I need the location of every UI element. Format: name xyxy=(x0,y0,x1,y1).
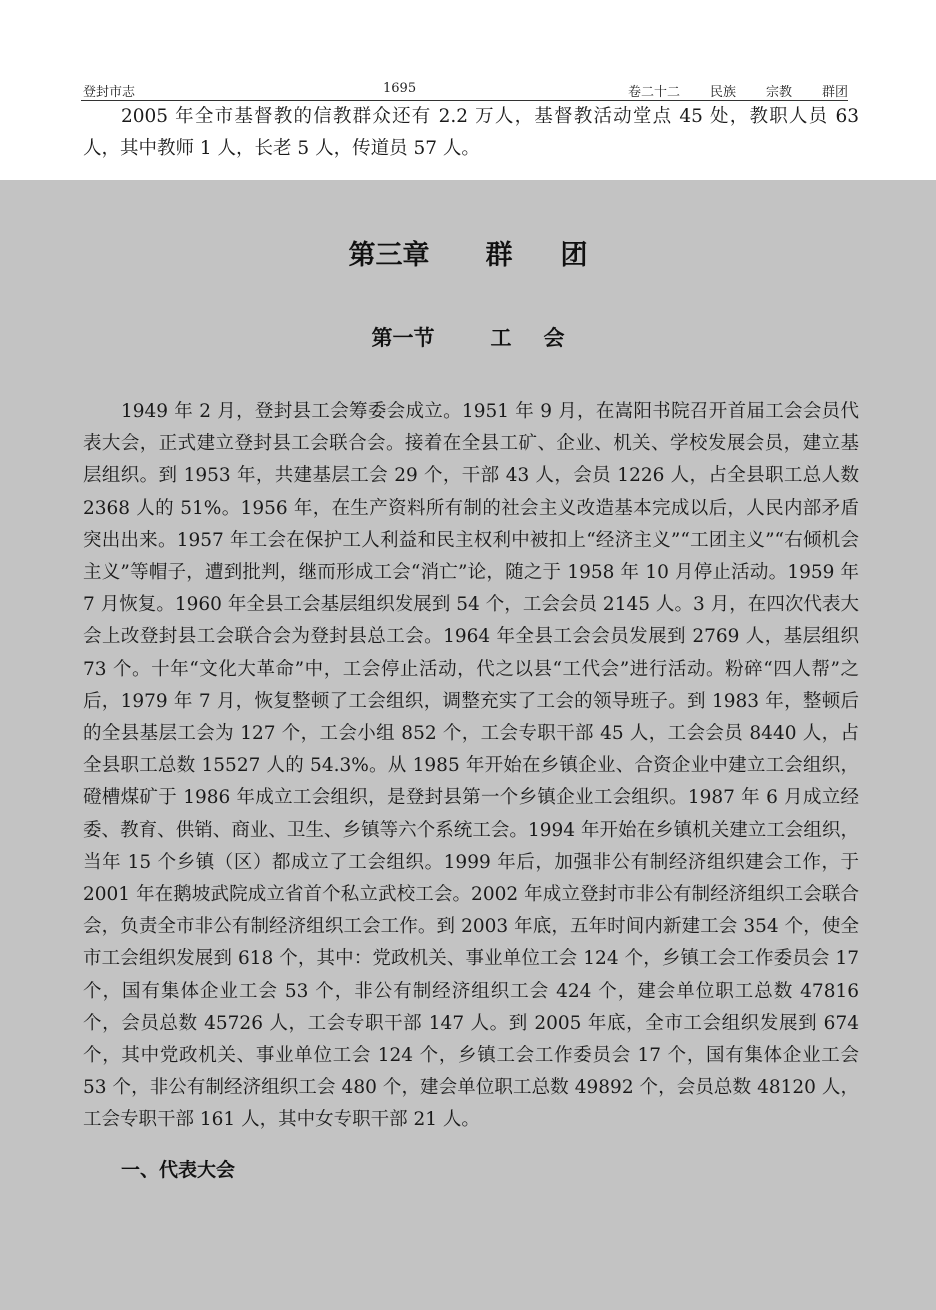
chapter-title-char-1: 群 xyxy=(486,233,513,272)
section-label-groups: 群团 xyxy=(822,81,848,100)
main-paragraph: 1949 年 2 月，登封县工会筹委会成立。1951 年 9 月，在嵩阳书院召开… xyxy=(83,396,859,1137)
main-paragraph-text: 1949 年 2 月，登封县工会筹委会成立。1951 年 9 月，在嵩阳书院召开… xyxy=(83,401,859,1130)
section-title-char-1: 工 xyxy=(491,322,512,352)
chapter-title: 第三章群团 xyxy=(0,233,936,272)
volume-sections: 卷二十二 民族 宗教 群团 xyxy=(628,81,848,100)
section-number: 第一节 xyxy=(372,322,435,352)
continued-paragraph-text: 2005 年全市基督教的信教群众还有 2.2 万人，基督教活动堂点 45 处，教… xyxy=(83,106,859,159)
chapter-number: 第三章 xyxy=(349,233,430,272)
running-header: 登封市志 1695 卷二十二 民族 宗教 群团 xyxy=(81,78,848,101)
section-title: 第一节工会 xyxy=(0,322,936,352)
section-label-ethnic: 民族 xyxy=(710,81,736,100)
book-title: 登封市志 xyxy=(83,81,135,100)
volume-label: 卷二十二 xyxy=(628,81,680,100)
chapter-title-char-2: 团 xyxy=(561,233,588,272)
section-label-religion: 宗教 xyxy=(766,81,792,100)
continued-paragraph: 2005 年全市基督教的信教群众还有 2.2 万人，基督教活动堂点 45 处，教… xyxy=(83,101,859,165)
section-title-char-2: 会 xyxy=(544,322,565,352)
subheading-congress: 一、代表大会 xyxy=(121,1155,235,1182)
page-number: 1695 xyxy=(383,81,416,96)
